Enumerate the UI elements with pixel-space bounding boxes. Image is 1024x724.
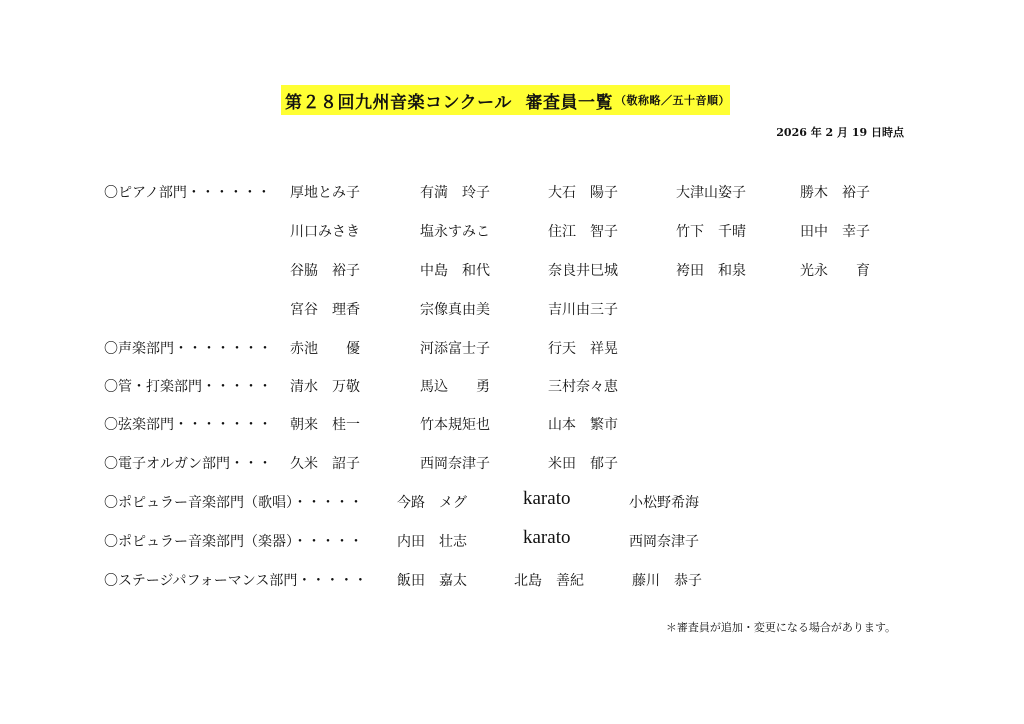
judge-name: 竹下 千晴 bbox=[676, 221, 746, 241]
document-title: 第２８回九州音楽コンクール 審査員一覧 （敬称略／五十音順） bbox=[281, 85, 730, 115]
judge-name: karato bbox=[523, 527, 570, 549]
judge-name: 中島 和代 bbox=[420, 260, 490, 280]
judge-name: 山本 繁市 bbox=[548, 414, 618, 434]
judge-name: 内田 壮志 bbox=[397, 531, 467, 551]
judge-name: 清水 万敬 bbox=[290, 376, 360, 396]
judge-name: 勝木 裕子 bbox=[800, 182, 870, 202]
title-subtitle: （敬称略／五十音順） bbox=[615, 92, 730, 108]
section-label-organ: 〇電子オルガン部門・・・ bbox=[104, 453, 272, 473]
judge-name: 大石 陽子 bbox=[548, 182, 618, 202]
judge-name: 西岡奈津子 bbox=[420, 453, 490, 473]
judge-name: 田中 幸子 bbox=[800, 221, 870, 241]
judge-name: 厚地とみ子 bbox=[290, 182, 360, 202]
section-label-pop-instrument: 〇ポピュラー音楽部門（楽器）・・・・・ bbox=[104, 531, 363, 551]
judge-name: 宮谷 理香 bbox=[290, 299, 360, 319]
section-label-vocal: 〇声楽部門・・・・・・・ bbox=[104, 338, 272, 358]
judge-name: 住江 智子 bbox=[548, 221, 618, 241]
section-label-pop-vocal: 〇ポピュラー音楽部門（歌唱）・・・・・ bbox=[104, 492, 363, 512]
section-label-stage: 〇ステージパフォーマンス部門・・・・・ bbox=[104, 570, 367, 590]
judge-name: 光永 育 bbox=[800, 260, 870, 280]
judge-name: 塩永すみこ bbox=[420, 221, 490, 241]
judge-name: 大津山姿子 bbox=[676, 182, 746, 202]
judge-name: 三村奈々恵 bbox=[548, 376, 618, 396]
footnote: ＊審査員が追加・変更になる場合があります。 bbox=[666, 619, 896, 635]
as-of-date: 2026 年 2 月 19 日時点 bbox=[776, 124, 904, 140]
judge-name: 馬込 勇 bbox=[420, 376, 490, 396]
judge-name: 有満 玲子 bbox=[420, 182, 490, 202]
section-label-wind: 〇管・打楽部門・・・・・ bbox=[104, 376, 272, 396]
judge-name: 行天 祥晃 bbox=[548, 338, 618, 358]
judge-name: 小松野希海 bbox=[629, 492, 699, 512]
judge-name: 今路 メグ bbox=[397, 492, 467, 512]
judge-name: 久米 詔子 bbox=[290, 453, 360, 473]
judge-name: 米田 郁子 bbox=[548, 453, 618, 473]
judge-name: 吉川由三子 bbox=[548, 299, 618, 319]
judge-name: 宗像真由美 bbox=[420, 299, 490, 319]
judge-name: 川口みさき bbox=[290, 221, 360, 241]
judge-name: 朝来 桂一 bbox=[290, 414, 360, 434]
section-label-piano: 〇ピアノ部門・・・・・・ bbox=[104, 182, 271, 202]
judge-name: 谷脇 裕子 bbox=[290, 260, 360, 280]
judge-name: karato bbox=[523, 488, 570, 510]
judge-name: 北島 善紀 bbox=[514, 570, 584, 590]
judge-name: 袴田 和泉 bbox=[676, 260, 746, 280]
judge-name: 赤池 優 bbox=[290, 338, 360, 358]
judge-name: 藤川 恭子 bbox=[632, 570, 702, 590]
judge-name: 奈良井巳城 bbox=[548, 260, 618, 280]
judge-name: 飯田 嘉太 bbox=[397, 570, 467, 590]
section-label-strings: 〇弦楽部門・・・・・・・ bbox=[104, 414, 272, 434]
judge-name: 西岡奈津子 bbox=[629, 531, 699, 551]
judge-name: 竹本規矩也 bbox=[420, 414, 490, 434]
title-heading: 審査員一覧 bbox=[526, 88, 614, 113]
title-main: 第２８回九州音楽コンクール bbox=[285, 88, 512, 113]
judge-name: 河添富士子 bbox=[420, 338, 490, 358]
